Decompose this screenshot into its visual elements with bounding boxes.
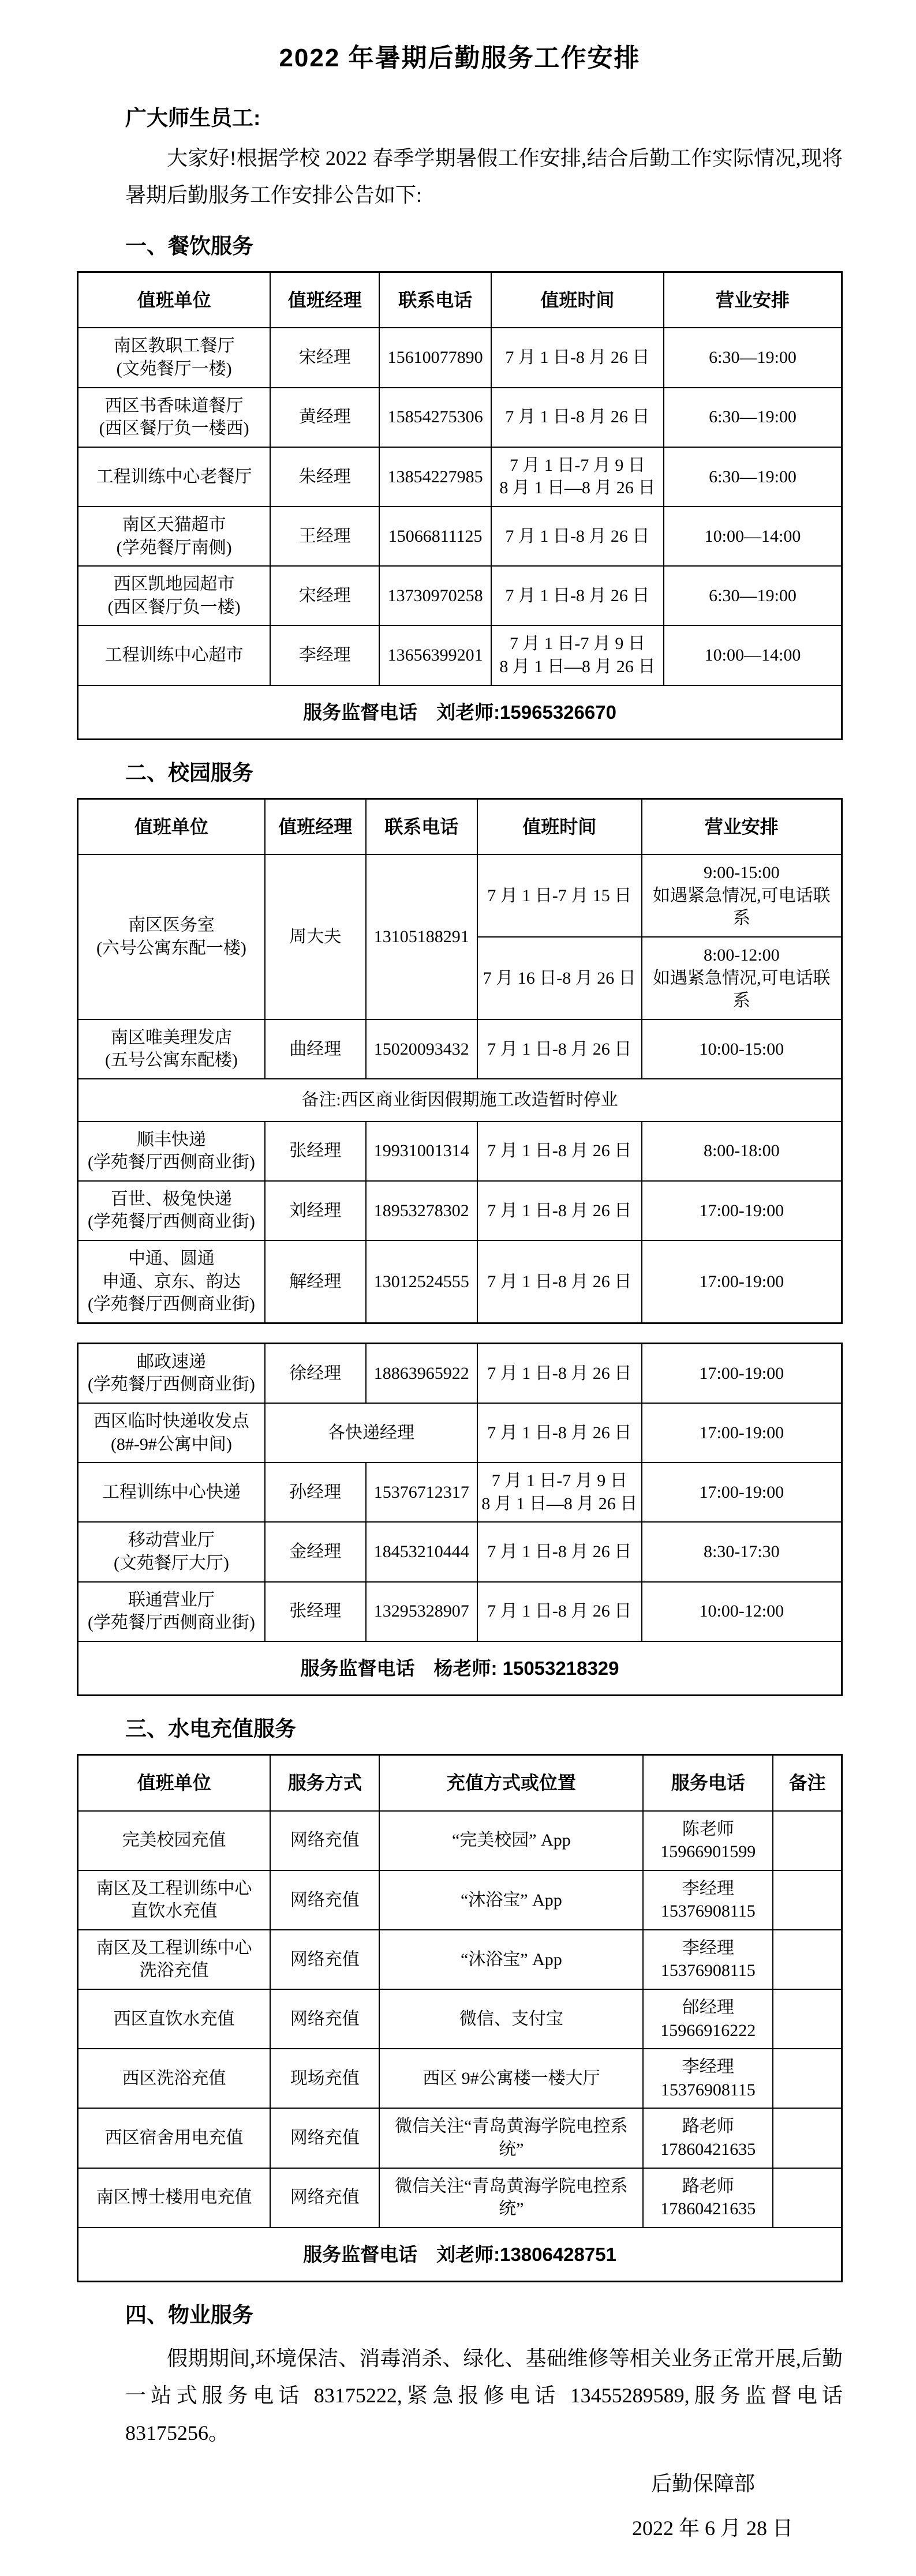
phone-cell: 15610077890: [379, 328, 491, 387]
table-row: 西区书香味道餐厅 (西区餐厅负一楼西) 黄经理 15854275306 7 月 …: [78, 388, 842, 447]
col-header-remark: 备注: [773, 1755, 842, 1811]
table-row: 西区洗浴充值 现场充值 西区 9#公寓楼一楼大厅 李经理 15376908115: [78, 2049, 842, 2108]
unit-cell: 百世、极兔快递 (学苑餐厅西侧商业街): [78, 1181, 265, 1240]
manager-cell: 宋经理: [270, 328, 379, 387]
time-cell: 7 月 1 日-7 月 15 日: [477, 854, 642, 937]
method-cell: 网络充值: [270, 2168, 379, 2228]
table-row: 南区博士楼用电充值 网络充值 微信关注“青岛黄海学院电控系统” 路老师 1786…: [78, 2168, 842, 2228]
remark-text: 备注:西区商业街因假期施工改造暂时停业: [78, 1079, 842, 1122]
time-cell: 7 月 1 日-8 月 26 日: [491, 388, 664, 447]
manager-cell: 李经理: [270, 625, 379, 685]
phone-cell: 15066811125: [379, 507, 491, 566]
phone-cell: 13656399201: [379, 625, 491, 685]
table-header-row: 值班单位 服务方式 充值方式或位置 服务电话 备注: [78, 1755, 842, 1811]
time-cell: 7 月 1 日-8 月 26 日: [477, 1403, 642, 1463]
phone-cell: 李经理 15376908115: [643, 1870, 773, 1930]
time-cell: 7 月 1 日-7 月 9 日 8 月 1 日—8 月 26 日: [477, 1463, 642, 1522]
unit-cell: 工程训练中心超市: [78, 625, 271, 685]
phone-cell: 15376712317: [366, 1463, 477, 1522]
hours-cell: 10:00—14:00: [664, 625, 842, 685]
phone-cell: 路老师 17860421635: [643, 2108, 773, 2168]
hours-cell: 8:00-12:00 如遇紧急情况,可电话联系: [642, 937, 842, 1019]
time-cell: 7 月 1 日-8 月 26 日: [491, 566, 664, 625]
phone-cell: 19931001314: [366, 1122, 477, 1181]
manager-cell: 张经理: [265, 1122, 366, 1181]
phone-cell: 李经理 15376908115: [643, 1930, 773, 1989]
unit-cell: 移动营业厅 (文苑餐厅大厅): [78, 1522, 265, 1581]
unit-cell: 南区及工程训练中心 直饮水充值: [78, 1870, 271, 1930]
section-heading-property: 四、物业服务: [77, 2297, 843, 2328]
unit-cell: 联通营业厅 (学苑餐厅西侧商业街): [78, 1582, 265, 1641]
table-row: 工程训练中心超市 李经理 13656399201 7 月 1 日-7 月 9 日…: [78, 625, 842, 685]
manager-cell: 王经理: [270, 507, 379, 566]
time-cell: 7 月 1 日-7 月 9 日 8 月 1 日—8 月 26 日: [491, 447, 664, 507]
hours-cell: 17:00-19:00: [642, 1181, 842, 1240]
manager-cell: 孙经理: [265, 1463, 366, 1522]
location-cell: 微信关注“青岛黄海学院电控系统”: [379, 2108, 643, 2168]
unit-cell: 南区唯美理发店 (五号公寓东配楼): [78, 1019, 265, 1079]
col-header-time: 值班时间: [477, 799, 642, 855]
unit-cell: 西区洗浴充值: [78, 2049, 271, 2108]
method-cell: 网络充值: [270, 1989, 379, 2049]
hours-cell: 17:00-19:00: [642, 1343, 842, 1403]
property-paragraph: 假期期间,环境保洁、消毒消杀、绿化、基础维修等相关业务正常开展,后勤一站式服务电…: [77, 2340, 843, 2451]
time-cell: 7 月 1 日-8 月 26 日: [477, 1522, 642, 1581]
intro-block: 广大师生员工: 大家好!根据学校 2022 春季学期暑假工作安排,结合后勤工作实…: [77, 100, 843, 213]
hours-cell: 10:00-15:00: [642, 1019, 842, 1079]
campus-table-part2: 邮政速递 (学苑餐厅西侧商业街) 徐经理 18863965922 7 月 1 日…: [77, 1343, 843, 1696]
hours-cell: 9:00-15:00 如遇紧急情况,可电话联系: [642, 854, 842, 937]
method-cell: 网络充值: [270, 1930, 379, 1989]
time-cell: 7 月 1 日-8 月 26 日: [477, 1240, 642, 1323]
section-heading-dining: 一、餐饮服务: [77, 228, 843, 260]
time-cell: 7 月 1 日-8 月 26 日: [477, 1019, 642, 1079]
remark-cell: [773, 2168, 842, 2228]
table-row: 完美校园充值 网络充值 “完美校园” App 陈老师 15966901599: [78, 1811, 842, 1870]
intro-paragraph: 大家好!根据学校 2022 春季学期暑假工作安排,结合后勤工作实际情况,现将暑期…: [125, 140, 843, 213]
section-heading-utilities: 三、水电充值服务: [77, 1711, 843, 1742]
table-row: 西区凯地园超市 (西区餐厅负一楼) 宋经理 13730970258 7 月 1 …: [78, 566, 842, 625]
table-note-row: 备注:西区商业街因假期施工改造暂时停业: [78, 1079, 842, 1122]
remark-cell: [773, 2108, 842, 2168]
location-cell: “沐浴宝” App: [379, 1870, 643, 1930]
col-header-time: 值班时间: [491, 272, 664, 328]
phone-cell: 13105188291: [366, 854, 477, 1019]
supervision-phone: 服务监督电话 刘老师:15965326670: [78, 685, 842, 740]
unit-cell: 西区书香味道餐厅 (西区餐厅负一楼西): [78, 388, 271, 447]
signature-date: 2022 年 6 月 28 日: [77, 2512, 843, 2541]
unit-cell: 西区宿舍用电充值: [78, 2108, 271, 2168]
table-footer-row: 服务监督电话 杨老师: 15053218329: [78, 1641, 842, 1696]
col-header-unit: 值班单位: [78, 272, 271, 328]
manager-cell: 刘经理: [265, 1181, 366, 1240]
location-cell: 微信、支付宝: [379, 1989, 643, 2049]
hours-cell: 17:00-19:00: [642, 1240, 842, 1323]
table-row: 百世、极兔快递 (学苑餐厅西侧商业街) 刘经理 18953278302 7 月 …: [78, 1181, 842, 1240]
utilities-table: 值班单位 服务方式 充值方式或位置 服务电话 备注 完美校园充值 网络充值 “完…: [77, 1754, 843, 2282]
table-footer-row: 服务监督电话 刘老师:15965326670: [78, 685, 842, 740]
supervision-phone: 服务监督电话 刘老师:13806428751: [78, 2228, 842, 2282]
col-header-phone: 联系电话: [379, 272, 491, 328]
unit-cell: 顺丰快递 (学苑餐厅西侧商业街): [78, 1122, 265, 1181]
remark-cell: [773, 1989, 842, 2049]
unit-cell: 西区凯地园超市 (西区餐厅负一楼): [78, 566, 271, 625]
remark-cell: [773, 1811, 842, 1870]
table-row-express-point: 西区临时快递收发点 (8#-9#公寓中间) 各快递经理 7 月 1 日-8 月 …: [78, 1403, 842, 1463]
table-row: 南区及工程训练中心 洗浴充值 网络充值 “沐浴宝” App 李经理 153769…: [78, 1930, 842, 1989]
table-row: 南区唯美理发店 (五号公寓东配楼) 曲经理 15020093432 7 月 1 …: [78, 1019, 842, 1079]
unit-cell: 西区直饮水充值: [78, 1989, 271, 2049]
hours-cell: 17:00-19:00: [642, 1403, 842, 1463]
time-cell: 7 月 1 日-8 月 26 日: [491, 328, 664, 387]
page-title: 2022 年暑期后勤服务工作安排: [77, 37, 843, 74]
table-row: 移动营业厅 (文苑餐厅大厅) 金经理 18453210444 7 月 1 日-8…: [78, 1522, 842, 1581]
remark-cell: [773, 1870, 842, 1930]
section-heading-campus: 二、校园服务: [77, 755, 843, 786]
manager-cell: 宋经理: [270, 566, 379, 625]
unit-cell: 完美校园充值: [78, 1811, 271, 1870]
hours-cell: 6:30—19:00: [664, 447, 842, 507]
remark-cell: [773, 2049, 842, 2108]
hours-cell: 10:00—14:00: [664, 507, 842, 566]
phone-cell: 13730970258: [379, 566, 491, 625]
phone-cell: 13854227985: [379, 447, 491, 507]
manager-cell: 张经理: [265, 1582, 366, 1641]
table-row: 顺丰快递 (学苑餐厅西侧商业街) 张经理 19931001314 7 月 1 日…: [78, 1122, 842, 1181]
col-header-phone: 联系电话: [366, 799, 477, 855]
location-cell: “完美校园” App: [379, 1811, 643, 1870]
col-header-hours: 营业安排: [642, 799, 842, 855]
method-cell: 网络充值: [270, 1870, 379, 1930]
document-page: 2022 年暑期后勤服务工作安排 广大师生员工: 大家好!根据学校 2022 春…: [0, 0, 916, 2576]
col-header-location: 充值方式或位置: [379, 1755, 643, 1811]
time-cell: 7 月 1 日-8 月 26 日: [477, 1122, 642, 1181]
method-cell: 现场充值: [270, 2049, 379, 2108]
unit-cell: 南区教职工餐厅 (文苑餐厅一楼): [78, 328, 271, 387]
time-cell: 7 月 1 日-8 月 26 日: [477, 1343, 642, 1403]
phone-cell: 邰经理 15966916222: [643, 1989, 773, 2049]
table-row: 工程训练中心老餐厅 朱经理 13854227985 7 月 1 日-7 月 9 …: [78, 447, 842, 507]
table-row: 中通、圆通 申通、京东、韵达 (学苑餐厅西侧商业街) 解经理 130125245…: [78, 1240, 842, 1323]
col-header-manager: 值班经理: [265, 799, 366, 855]
manager-cell: 解经理: [265, 1240, 366, 1323]
phone-cell: 路老师 17860421635: [643, 2168, 773, 2228]
hours-cell: 8:30-17:30: [642, 1522, 842, 1581]
table-row: 西区直饮水充值 网络充值 微信、支付宝 邰经理 15966916222: [78, 1989, 842, 2049]
phone-cell: 13295328907: [366, 1582, 477, 1641]
unit-cell: 南区医务室 (六号公寓东配一楼): [78, 854, 265, 1019]
table-row: 工程训练中心快递 孙经理 15376712317 7 月 1 日-7 月 9 日…: [78, 1463, 842, 1522]
table-row-medical: 南区医务室 (六号公寓东配一楼) 周大夫 13105188291 7 月 1 日…: [78, 854, 842, 937]
unit-cell: 南区及工程训练中心 洗浴充值: [78, 1930, 271, 1989]
table-header-row: 值班单位 值班经理 联系电话 值班时间 营业安排: [78, 272, 842, 328]
manager-cell: 曲经理: [265, 1019, 366, 1079]
table-row: 南区天猫超市 (学苑餐厅南侧) 王经理 15066811125 7 月 1 日-…: [78, 507, 842, 566]
location-cell: “沐浴宝” App: [379, 1930, 643, 1989]
manager-cell: 周大夫: [265, 854, 366, 1019]
signature-department: 后勤保障部: [77, 2468, 843, 2497]
col-header-hours: 营业安排: [664, 272, 842, 328]
method-cell: 网络充值: [270, 2108, 379, 2168]
hours-cell: 6:30—19:00: [664, 388, 842, 447]
phone-cell: 陈老师 15966901599: [643, 1811, 773, 1870]
dining-table: 值班单位 值班经理 联系电话 值班时间 营业安排 南区教职工餐厅 (文苑餐厅一楼…: [77, 271, 843, 740]
phone-cell: 15854275306: [379, 388, 491, 447]
hours-cell: 8:00-18:00: [642, 1122, 842, 1181]
hours-cell: 6:30—19:00: [664, 328, 842, 387]
table-header-row: 值班单位 值班经理 联系电话 值班时间 营业安排: [78, 799, 842, 855]
time-cell: 7 月 1 日-7 月 9 日 8 月 1 日—8 月 26 日: [491, 625, 664, 685]
table-row: 联通营业厅 (学苑餐厅西侧商业街) 张经理 13295328907 7 月 1 …: [78, 1582, 842, 1641]
manager-cell: 金经理: [265, 1522, 366, 1581]
location-cell: 西区 9#公寓楼一楼大厅: [379, 2049, 643, 2108]
manager-cell: 各快递经理: [265, 1403, 477, 1463]
unit-cell: 西区临时快递收发点 (8#-9#公寓中间): [78, 1403, 265, 1463]
hours-cell: 6:30—19:00: [664, 566, 842, 625]
table-row: 南区及工程训练中心 直饮水充值 网络充值 “沐浴宝” App 李经理 15376…: [78, 1870, 842, 1930]
col-header-phone: 服务电话: [643, 1755, 773, 1811]
phone-cell: 18863965922: [366, 1343, 477, 1403]
campus-table-part1: 值班单位 值班经理 联系电话 值班时间 营业安排 南区医务室 (六号公寓东配一楼…: [77, 798, 843, 1324]
unit-cell: 工程训练中心快递: [78, 1463, 265, 1522]
unit-cell: 工程训练中心老餐厅: [78, 447, 271, 507]
table-footer-row: 服务监督电话 刘老师:13806428751: [78, 2228, 842, 2282]
time-cell: 7 月 1 日-8 月 26 日: [491, 507, 664, 566]
method-cell: 网络充值: [270, 1811, 379, 1870]
manager-cell: 黄经理: [270, 388, 379, 447]
unit-cell: 南区天猫超市 (学苑餐厅南侧): [78, 507, 271, 566]
phone-cell: 13012524555: [366, 1240, 477, 1323]
phone-cell: 18453210444: [366, 1522, 477, 1581]
col-header-manager: 值班经理: [270, 272, 379, 328]
unit-cell: 邮政速递 (学苑餐厅西侧商业街): [78, 1343, 265, 1403]
phone-cell: 18953278302: [366, 1181, 477, 1240]
time-cell: 7 月 16 日-8 月 26 日: [477, 937, 642, 1019]
table-row: 邮政速递 (学苑餐厅西侧商业街) 徐经理 18863965922 7 月 1 日…: [78, 1343, 842, 1403]
location-cell: 微信关注“青岛黄海学院电控系统”: [379, 2168, 643, 2228]
hours-cell: 10:00-12:00: [642, 1582, 842, 1641]
salutation: 广大师生员工:: [125, 100, 843, 132]
col-header-unit: 值班单位: [78, 1755, 271, 1811]
time-cell: 7 月 1 日-8 月 26 日: [477, 1181, 642, 1240]
col-header-unit: 值班单位: [78, 799, 265, 855]
col-header-method: 服务方式: [270, 1755, 379, 1811]
supervision-phone: 服务监督电话 杨老师: 15053218329: [78, 1641, 842, 1696]
table-page-gap: [77, 1328, 843, 1343]
hours-cell: 17:00-19:00: [642, 1463, 842, 1522]
manager-cell: 朱经理: [270, 447, 379, 507]
table-row: 南区教职工餐厅 (文苑餐厅一楼) 宋经理 15610077890 7 月 1 日…: [78, 328, 842, 387]
time-cell: 7 月 1 日-8 月 26 日: [477, 1582, 642, 1641]
table-row: 西区宿舍用电充值 网络充值 微信关注“青岛黄海学院电控系统” 路老师 17860…: [78, 2108, 842, 2168]
unit-cell: 中通、圆通 申通、京东、韵达 (学苑餐厅西侧商业街): [78, 1240, 265, 1323]
unit-cell: 南区博士楼用电充值: [78, 2168, 271, 2228]
remark-cell: [773, 1930, 842, 1989]
manager-cell: 徐经理: [265, 1343, 366, 1403]
phone-cell: 15020093432: [366, 1019, 477, 1079]
phone-cell: 李经理 15376908115: [643, 2049, 773, 2108]
